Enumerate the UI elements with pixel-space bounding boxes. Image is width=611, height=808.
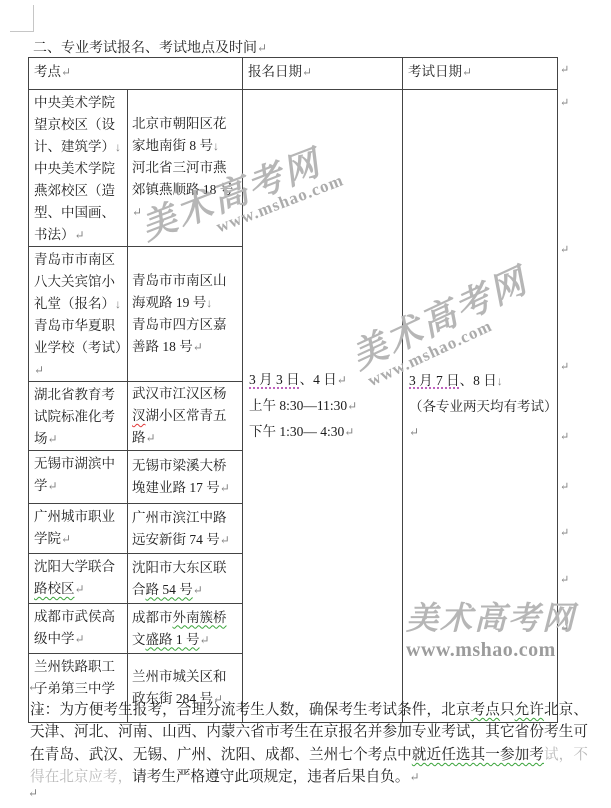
formatting-mark: ↵ xyxy=(220,481,230,495)
text-segment: 报名日期 xyxy=(248,64,302,79)
address-cell: 沈阳市大东区联合路 54 号↵ xyxy=(128,554,243,604)
formatting-mark: ↵ xyxy=(200,633,210,647)
formatting-mark: ↓ xyxy=(497,374,503,388)
address-cell: 成都市外南簇桥文盛路 1 号↵ xyxy=(128,604,243,654)
document-page: { "title": {"text": "二、专业考试报名、考试地点及时间", … xyxy=(0,0,611,808)
formatting-mark: ↵ xyxy=(409,425,419,439)
formatting-mark: ↵ xyxy=(48,479,58,493)
row-end-mark: ↵ xyxy=(560,243,569,256)
text-segment: 沈阳大学联合 xyxy=(34,559,115,574)
header-cell-reg-date: 报名日期↵ xyxy=(243,58,403,90)
address-cell: 广州市滨江中路远安新街 74 号↵ xyxy=(128,504,243,554)
venue-cell: 中央美术学院望京校区（设计、建筑学）↓中央美术学院燕郊校区（造型、中国画、书法）… xyxy=(29,90,128,247)
formatting-mark: ↓ xyxy=(206,296,212,310)
text-segment: 文 xyxy=(132,632,146,647)
text-segment: 下午 1:30— 4:30 xyxy=(249,424,344,439)
exam-locations-table: 考点↵ 报名日期↵ 考试日期↵ 中央美术学院望京校区（设计、建筑学）↓中央美术学… xyxy=(28,57,558,723)
page-title-text: 二、专业考试报名、考试地点及时间 xyxy=(33,41,257,56)
venue-cell: 无锡市湖滨中学↵ xyxy=(29,451,128,504)
venue-cell: 广州城市职业学院↵ xyxy=(29,504,128,554)
text-segment: 河北省三河市燕郊镇燕顺路 18 号 xyxy=(132,160,233,197)
text-segment: （各专业两天均有考试） xyxy=(409,399,558,414)
text-segment: 注：为方便考生报考，合理分流考生人数，确保考生考试条件，北京 xyxy=(30,702,471,718)
text-segment: 无锡市梁溪大桥堍建业路 17 号 xyxy=(132,458,227,495)
text-segment: 上午 8:30—11:30 xyxy=(249,398,347,413)
formatting-mark: ↵ xyxy=(75,228,85,242)
formatting-mark: ↵ xyxy=(344,425,354,439)
formatting-mark: ↵ xyxy=(34,363,44,377)
row-end-mark: ↵ xyxy=(560,480,569,493)
text-segment: 青岛市市南区山海观路 19 号 xyxy=(132,273,227,310)
text-segment: 、4 日 xyxy=(300,372,337,387)
formatting-mark: ↵ xyxy=(193,340,203,354)
table-header-row: 考点↵ 报名日期↵ 考试日期↵ xyxy=(29,58,558,90)
text-segment: 考试日期 xyxy=(408,64,462,79)
text-segment: 广州城市职业学院 xyxy=(34,509,115,546)
formatting-mark: ↵ xyxy=(347,399,357,413)
venue-cell: 湖北省教育考试院标准化考场↵ xyxy=(29,382,128,451)
text-segment: 青岛市华夏职业学校（考试） xyxy=(34,318,128,355)
note-paragraph: 注：为方便考生报考，合理分流考生人数，确保考生考试条件，北京考点只允许北京、天津… xyxy=(30,699,588,789)
page-margin-corner-mark xyxy=(10,5,34,32)
formatting-mark: ↵ xyxy=(48,432,58,446)
text-segment: 盛路 1 号 xyxy=(146,632,200,647)
text-segment: 请考生严格遵守此项规定，违者后果自负。 xyxy=(132,769,409,785)
text-segment: 兰州铁路职工子弟第三中学 xyxy=(34,659,115,696)
formatting-mark: ↵ xyxy=(132,205,142,219)
text-segment: 考点 xyxy=(34,64,61,79)
text-segment: 路 54 号 xyxy=(146,582,193,597)
table-row: 中央美术学院望京校区（设计、建筑学）↓中央美术学院燕郊校区（造型、中国画、书法）… xyxy=(29,90,558,247)
formatting-mark: ↵ xyxy=(146,431,156,445)
paragraph-mark: ↵ xyxy=(28,680,38,695)
address-cell: 北京市朝阳区花家地南街 8 号↓河北省三河市燕郊镇燕顺路 18 号↵ xyxy=(128,90,243,247)
text-segment: 允许 xyxy=(515,702,544,718)
formatting-mark: ↵ xyxy=(193,583,203,597)
exam-date-cell: 3 月 7 日、8 日↓（各专业两天均有考试）↵ xyxy=(403,90,558,723)
text-segment: 外南簇桥 xyxy=(173,610,227,625)
formatting-mark: ↓ xyxy=(213,139,219,153)
text-segment: 、8 日 xyxy=(460,373,497,388)
header-cell-exam-date: 考试日期↵ xyxy=(403,58,558,90)
text-segment: 广州市滨江中路远安新街 74 号 xyxy=(132,510,227,547)
paragraph-mark: ↵ xyxy=(28,786,38,801)
address-cell: 武汉市江汉区杨汊湖小区常青五路↵ xyxy=(128,382,243,451)
formatting-mark: ↵ xyxy=(337,373,347,387)
text-segment: 考点 xyxy=(471,702,500,718)
formatting-mark: ↓ xyxy=(115,140,121,154)
formatting-mark: ↵ xyxy=(75,582,85,596)
text-segment: 只 xyxy=(500,702,515,718)
formatting-mark: ↵ xyxy=(302,65,312,79)
formatting-mark: ↓ xyxy=(115,297,121,311)
formatting-mark: ↵ xyxy=(409,770,419,784)
text-segment: 3 月 3 日 xyxy=(249,372,300,387)
text-segment: 路校区 xyxy=(34,581,75,596)
text-segment: 3 月 7 日 xyxy=(409,373,460,388)
row-end-mark: ↵ xyxy=(560,573,569,586)
address-cell: 无锡市梁溪大桥堍建业路 17 号↵ xyxy=(128,451,243,504)
row-end-mark: ↵ xyxy=(560,360,569,373)
text-segment: 无锡市湖滨中学 xyxy=(34,456,115,493)
text-segment: 中央美术学院望京校区（设计、建筑学） xyxy=(34,95,115,154)
venue-cell: 沈阳大学联合路校区↵ xyxy=(29,554,128,604)
venue-cell: 成都市武侯高级中学↵ xyxy=(29,604,128,654)
formatting-mark: ↵ xyxy=(61,532,71,546)
reg-date-cell: 3 月 3 日、4 日↵上午 8:30—11:30↵下午 1:30— 4:30↵ xyxy=(243,90,403,723)
text-segment: 湖北省教育考试院标准化考场 xyxy=(34,387,115,446)
row-end-mark: ↵ xyxy=(560,430,569,443)
text-segment: 汊 xyxy=(132,408,146,423)
text-segment: 青岛市四方区嘉善路 18 号 xyxy=(132,317,227,354)
text-segment: 青岛市市南区八大关宾馆小礼堂（报名） xyxy=(34,252,115,311)
row-end-mark: ↵ xyxy=(560,63,569,76)
header-cell-venue: 考点↵ xyxy=(29,58,243,90)
formatting-mark: ↵ xyxy=(61,65,71,79)
formatting-mark: ↵ xyxy=(220,533,230,547)
row-end-mark: ↵ xyxy=(560,96,569,109)
formatting-mark: ↵ xyxy=(75,632,85,646)
text-segment: 就近任选其一参加考 xyxy=(412,747,544,763)
text-segment: 成都市 xyxy=(132,610,173,625)
page-title: 二、专业考试报名、考试地点及时间↵ xyxy=(33,37,267,57)
paragraph-mark: ↵ xyxy=(257,41,267,55)
row-end-mark: ↵ xyxy=(560,621,569,634)
address-cell: 青岛市市南区山海观路 19 号↓青岛市四方区嘉善路 18 号↵ xyxy=(128,247,243,382)
venue-cell: 青岛市市南区八大关宾馆小礼堂（报名）↓青岛市华夏职业学校（考试）↵ xyxy=(29,247,128,382)
text-segment: 武汉市江汉区杨 xyxy=(132,386,227,401)
row-end-mark: ↵ xyxy=(560,526,569,539)
formatting-mark: ↵ xyxy=(462,65,472,79)
